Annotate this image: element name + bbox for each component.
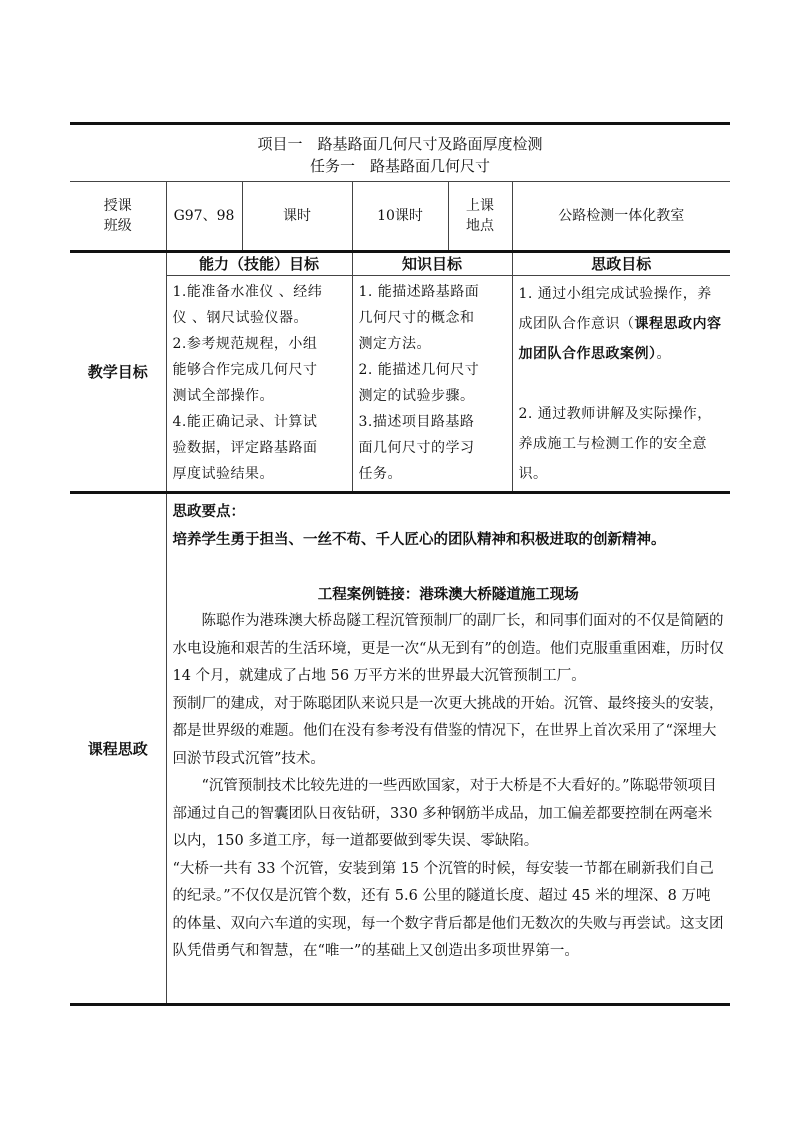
case-paragraph: 预制厂的建成，对于陈聪团队来说只是一次更大挑战的开始。沉管、最终接头的安装，都是… xyxy=(173,691,725,774)
knowledge-objectives-header: 知识目标 xyxy=(352,252,512,276)
location-label-line2: 地点 xyxy=(449,216,512,236)
ability-line: 4.能正确记录、计算试 xyxy=(173,409,348,435)
knowledge-line: 任务。 xyxy=(359,461,508,487)
lesson-plan-table-container: 项目一 路基路面几何尺寸及路面厚度检测 任务一 路基路面几何尺寸 授课 班级 G… xyxy=(70,122,730,1006)
knowledge-line: 几何尺寸的概念和 xyxy=(359,305,508,331)
class-label-line1: 授课 xyxy=(70,196,166,216)
location-label-cell: 上课 地点 xyxy=(448,182,512,252)
ideology-content: 思政要点： 培养学生勇于担当、一丝不苟、千人匠心的团队精神和积极进取的创新精神。… xyxy=(166,493,730,1005)
ability-line: 厚度试验结果。 xyxy=(173,461,348,487)
objectives-section-label: 教学目标 xyxy=(70,252,166,493)
ability-line: 2.参考规范规程，小组 xyxy=(173,331,348,357)
class-value: G97、98 xyxy=(166,182,242,252)
knowledge-line: 测定方法。 xyxy=(359,331,508,357)
ideology-objectives-list: 1. 通过小组完成试验操作，养成团队合作意识（课程思政内容加团队合作思政案例）。… xyxy=(512,276,730,493)
ideology-section-label: 课程思政 xyxy=(70,493,166,1005)
key-points-text: 培养学生勇于担当、一丝不苟、千人匠心的团队精神和积极进取的创新精神。 xyxy=(173,526,725,554)
ideology-objective-1-end: 。 xyxy=(657,346,672,362)
knowledge-line: 测定的试验步骤。 xyxy=(359,383,508,409)
case-title: 工程案例链接：港珠澳大桥隧道施工现场 xyxy=(173,581,725,609)
case-paragraph: 陈聪作为港珠澳大桥岛隧工程沉管预制厂的副厂长，和同事们面对的不仅是简陋的水电设施… xyxy=(173,608,725,691)
hours-label: 课时 xyxy=(242,182,352,252)
ability-line: 1.能准备水准仪 、经纬 xyxy=(173,279,348,305)
knowledge-line: 3.描述项目路基路 xyxy=(359,409,508,435)
ability-line: 测试全部操作。 xyxy=(173,383,348,409)
knowledge-line: 1. 能描述路基路面 xyxy=(359,279,508,305)
knowledge-line: 面几何尺寸的学习 xyxy=(359,435,508,461)
key-points-label: 思政要点： xyxy=(173,498,725,526)
ability-objectives-header: 能力（技能）目标 xyxy=(166,252,352,276)
ideology-objectives-header: 思政目标 xyxy=(512,252,730,276)
location-value: 公路检测一体化教室 xyxy=(512,182,730,252)
blank-line xyxy=(173,553,725,581)
ability-objectives-list: 1.能准备水准仪 、经纬 仪 、钢尺试验仪器。 2.参考规范规程，小组 能够合作… xyxy=(166,276,352,493)
lesson-plan-table: 项目一 路基路面几何尺寸及路面厚度检测 任务一 路基路面几何尺寸 授课 班级 G… xyxy=(70,122,730,1006)
title-cell: 项目一 路基路面几何尺寸及路面厚度检测 任务一 路基路面几何尺寸 xyxy=(70,124,730,182)
hours-value: 10课时 xyxy=(352,182,448,252)
location-label-line1: 上课 xyxy=(449,196,512,216)
ideology-objective-1: 1. 通过小组完成试验操作，养成团队合作意识（课程思政内容加团队合作思政案例）。 xyxy=(519,279,727,369)
case-paragraph: “大桥一共有 33 个沉管，安装到第 15 个沉管的时候，每安装一节都在刷新我们… xyxy=(173,856,725,966)
ability-line: 仪 、钢尺试验仪器。 xyxy=(173,305,348,331)
class-label-line2: 班级 xyxy=(70,216,166,236)
class-label-cell: 授课 班级 xyxy=(70,182,166,252)
ability-line: 验数据，评定路基路面 xyxy=(173,435,348,461)
task-title: 任务一 路基路面几何尺寸 xyxy=(70,155,730,177)
project-title: 项目一 路基路面几何尺寸及路面厚度检测 xyxy=(70,133,730,155)
spacer xyxy=(519,369,727,399)
ability-line: 能够合作完成几何尺寸 xyxy=(173,357,348,383)
knowledge-line: 2. 能描述几何尺寸 xyxy=(359,357,508,383)
case-paragraph: “沉管预制技术比较先进的一些西欧国家，对于大桥是不大看好的。”陈聪带领项目部通过… xyxy=(173,773,725,856)
knowledge-objectives-list: 1. 能描述路基路面 几何尺寸的概念和 测定方法。 2. 能描述几何尺寸 测定的… xyxy=(352,276,512,493)
ideology-objective-2: 2. 通过教师讲解及实际操作，养成施工与检测工作的安全意识。 xyxy=(519,399,727,489)
